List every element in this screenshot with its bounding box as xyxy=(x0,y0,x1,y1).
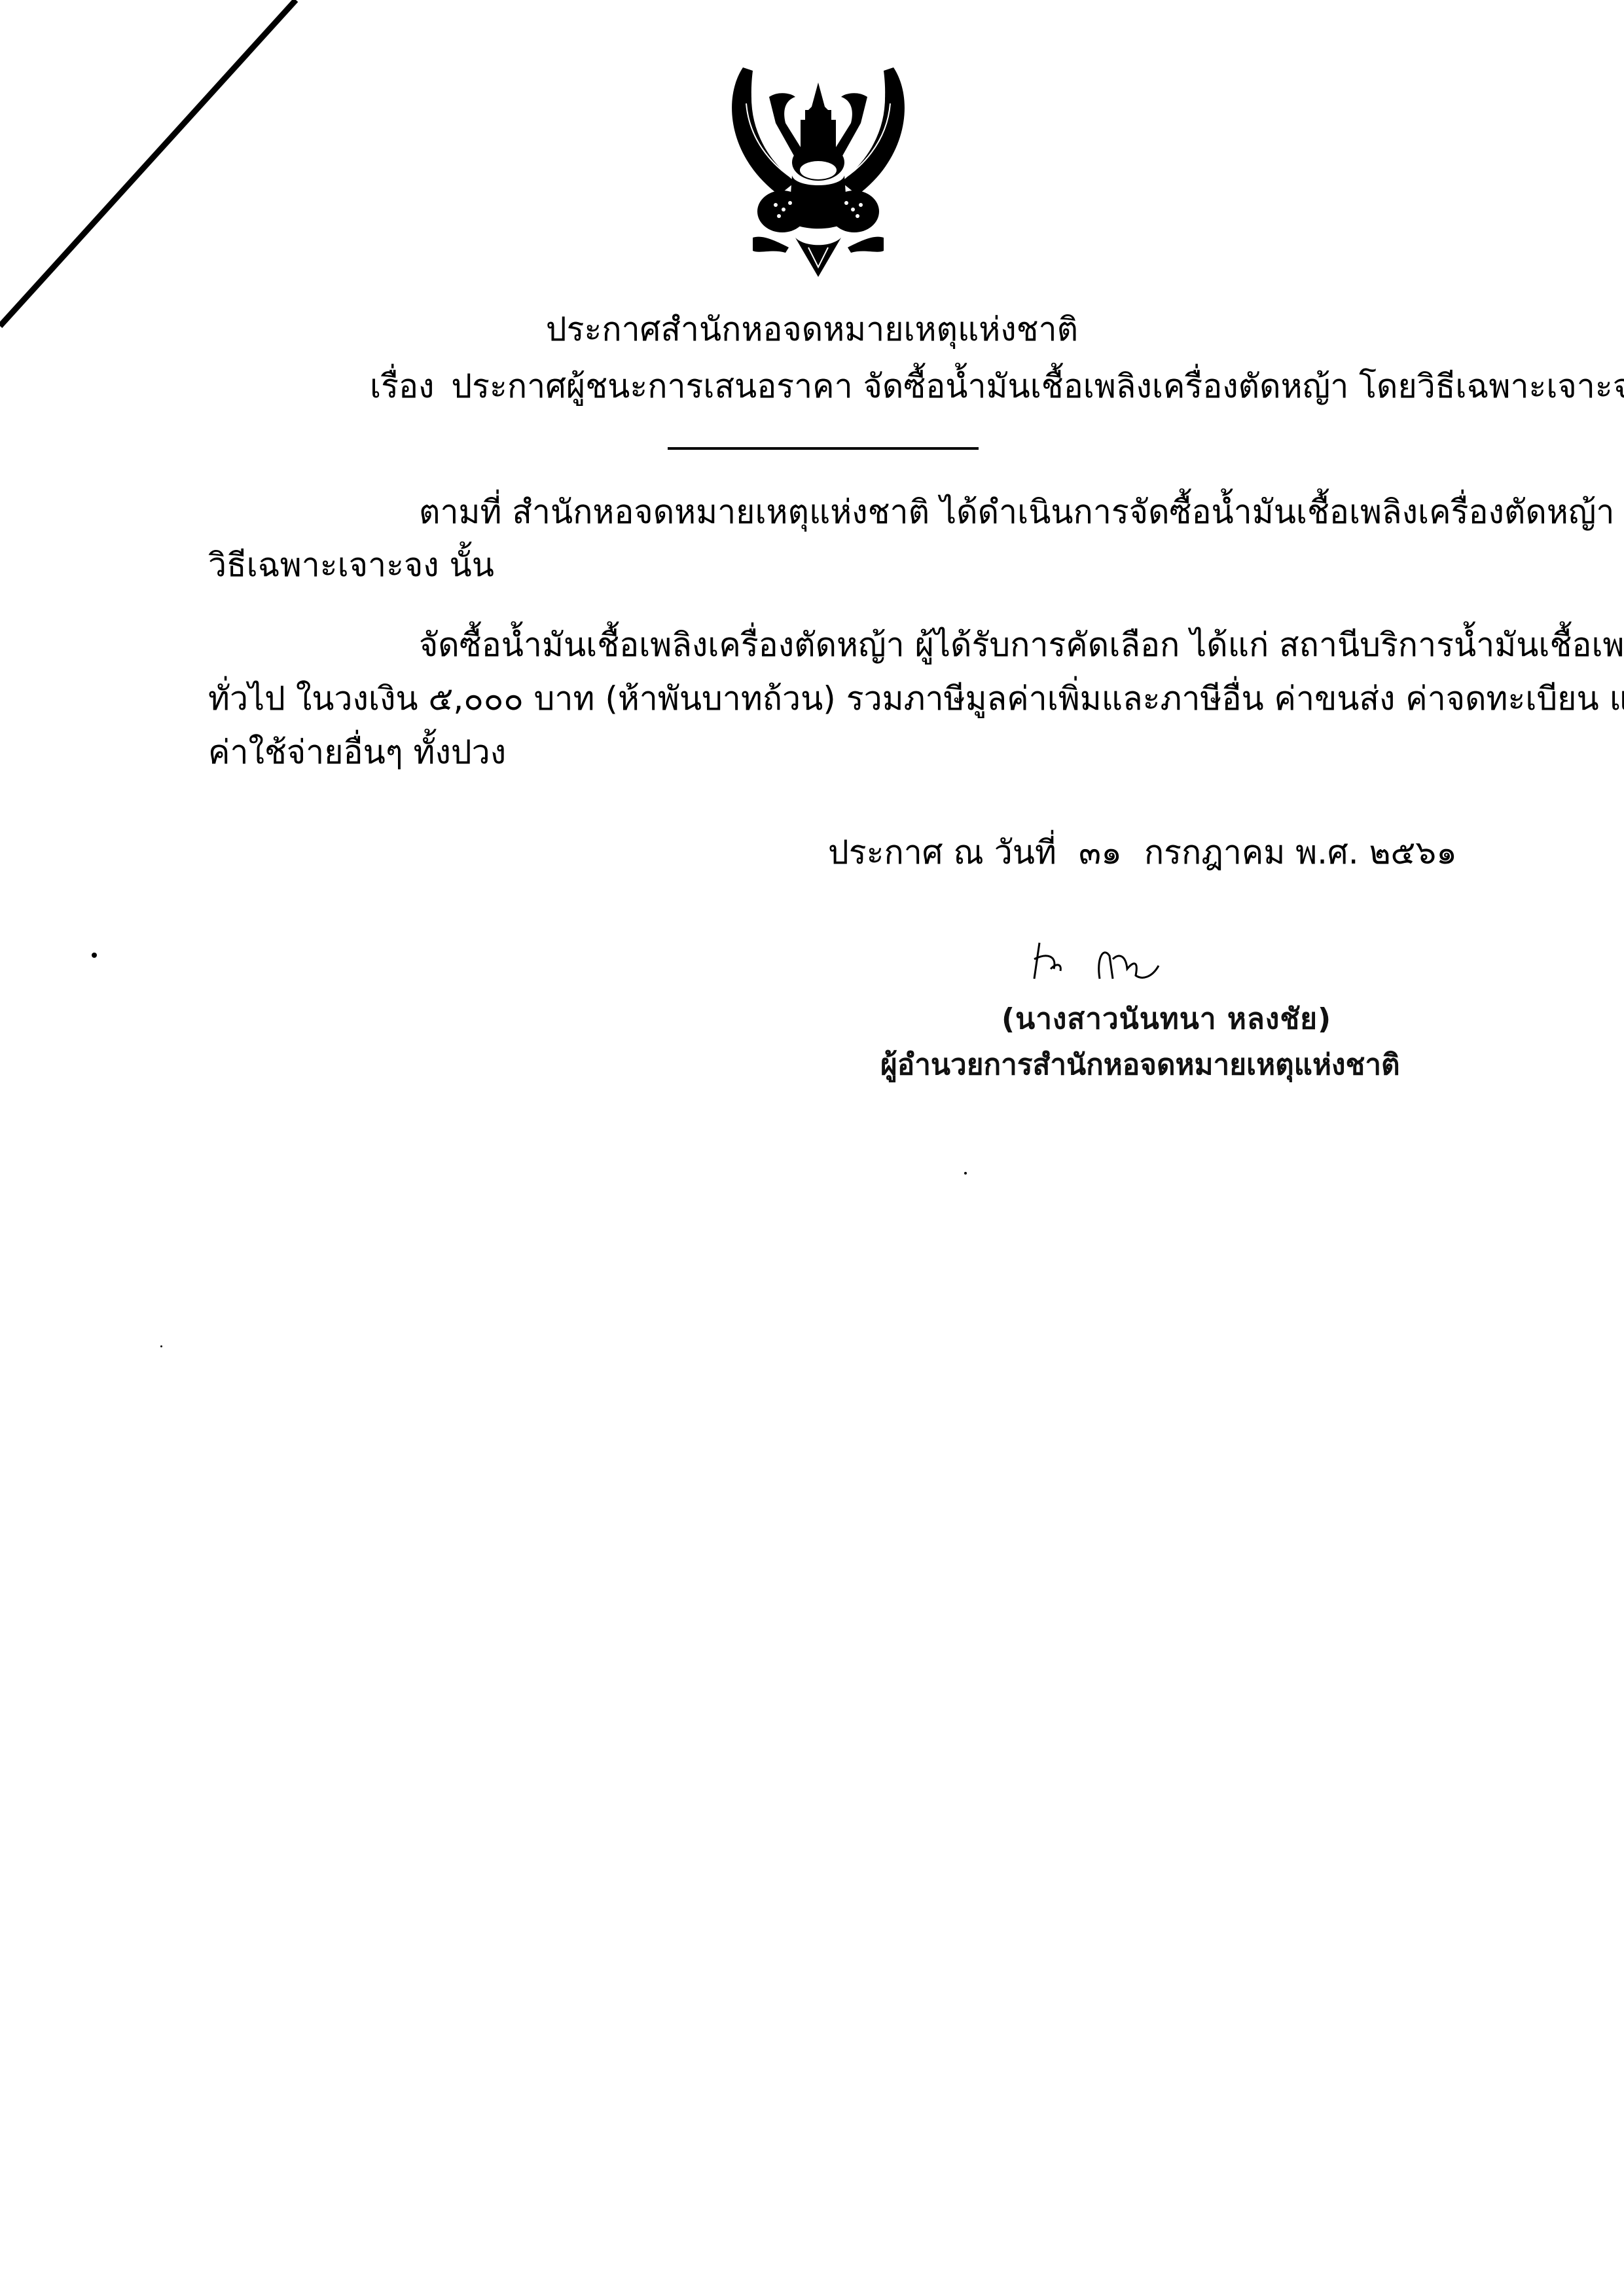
garuda-emblem-icon xyxy=(717,58,920,280)
scan-speck xyxy=(964,1172,967,1175)
subject-label: เรื่อง xyxy=(370,367,434,405)
signer-position: ผู้อำนวยการสำนักหอจดหมายเหตุแห่งชาติ xyxy=(880,1051,1400,1080)
document-page: ประกาศสำนักหอจดหมายเหตุแห่งชาติ เรื่องปร… xyxy=(0,0,1624,2296)
document-subject: เรื่องประกาศผู้ชนะการเสนอราคา จัดซื้อน้ำ… xyxy=(370,370,1624,403)
title-divider xyxy=(668,447,979,450)
date-month-year: กรกฎาคม พ.ศ. ๒๕๖๑ xyxy=(1144,833,1457,871)
subject-text: ประกาศผู้ชนะการเสนอราคา จัดซื้อน้ำมันเชื… xyxy=(451,367,1624,405)
scan-speck xyxy=(160,1345,162,1347)
paragraph-1-line-1: ตามที่ สำนักหอจดหมายเหตุแห่งชาติ ได้ดำเน… xyxy=(419,496,1624,528)
paragraph-1-line-2: วิธีเฉพาะเจาะจง นั้น xyxy=(208,549,494,581)
corner-scan-mark xyxy=(0,0,301,334)
announcement-date: ประกาศ ณ วันที่๓๑กรกฎาคม พ.ศ. ๒๕๖๑ xyxy=(828,836,1457,869)
paragraph-2-line-3: ค่าใช้จ่ายอื่นๆ ทั้งปวง xyxy=(208,736,506,769)
scan-speck xyxy=(92,953,97,958)
date-day: ๓๑ xyxy=(1079,833,1122,871)
paragraph-2-line-1: จัดซื้อน้ำมันเชื้อเพลิงเครื่องตัดหญ้า ผู… xyxy=(419,629,1624,661)
paragraph-2-line-2: ทั่วไป ในวงเงิน ๕,๐๐๐ บาท (ห้าพันบาทถ้วน… xyxy=(208,682,1624,715)
handwritten-signature xyxy=(1021,933,1218,985)
date-prefix: ประกาศ ณ วันที่ xyxy=(828,833,1056,871)
signer-name: (นางสาวนันทนา หลงชัย) xyxy=(1001,1005,1331,1034)
document-title: ประกาศสำนักหอจดหมายเหตุแห่งชาติ xyxy=(0,313,1624,346)
